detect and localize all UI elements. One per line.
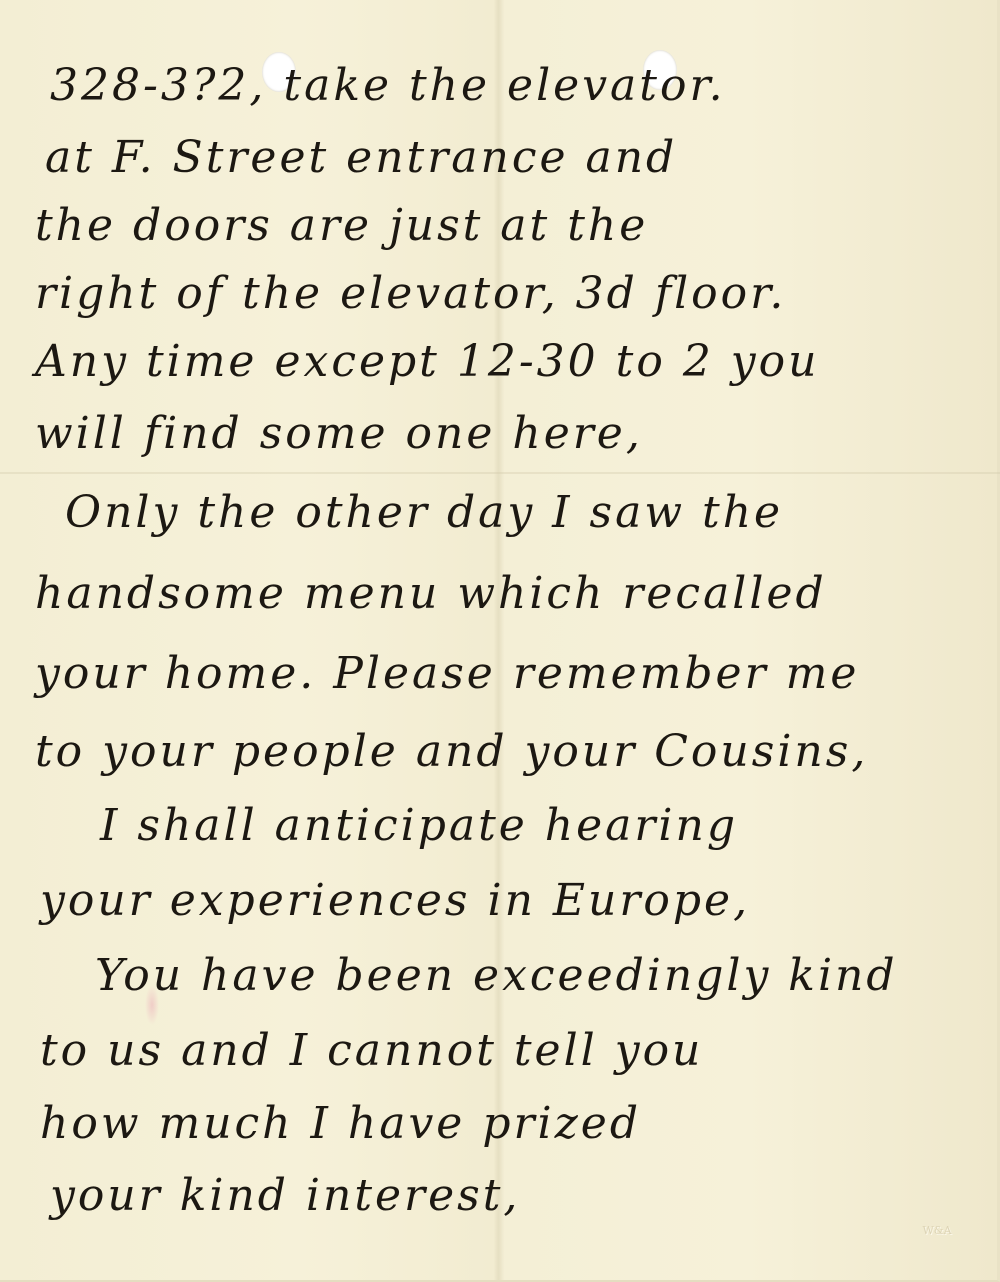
letter-line: will find some one here, [35, 408, 643, 459]
letter-line: your kind interest, [50, 1170, 520, 1221]
letter-line: your experiences in Europe, [40, 875, 750, 926]
letter-line: I shall anticipate hearing [100, 800, 738, 851]
letter-line: at F. Street entrance and [45, 132, 677, 183]
letter-line: how much I have prized [40, 1098, 641, 1149]
letter-line: to us and I cannot tell you [40, 1025, 703, 1076]
letter-line: 328-3?2, take the elevator. [50, 60, 726, 111]
embossed-watermark: W&A [912, 1222, 962, 1262]
letter-line: to your people and your Cousins, [35, 726, 868, 777]
letter-line: You have been exceedingly kind [95, 950, 898, 1001]
letter-line: Any time except 12-30 to 2 you [35, 336, 819, 387]
letter-page: 328-3?2, take the elevator. at F. Street… [0, 0, 1000, 1282]
letter-line: handsome menu which recalled [35, 568, 827, 619]
letter-line: right of the elevator, 3d floor. [35, 268, 786, 319]
letter-line: Only the other day I saw the [65, 487, 783, 538]
letter-line: your home. Please remember me [35, 648, 859, 699]
handwritten-text: 328-3?2, take the elevator. at F. Street… [0, 0, 1000, 1282]
letter-line: the doors are just at the [35, 200, 648, 251]
